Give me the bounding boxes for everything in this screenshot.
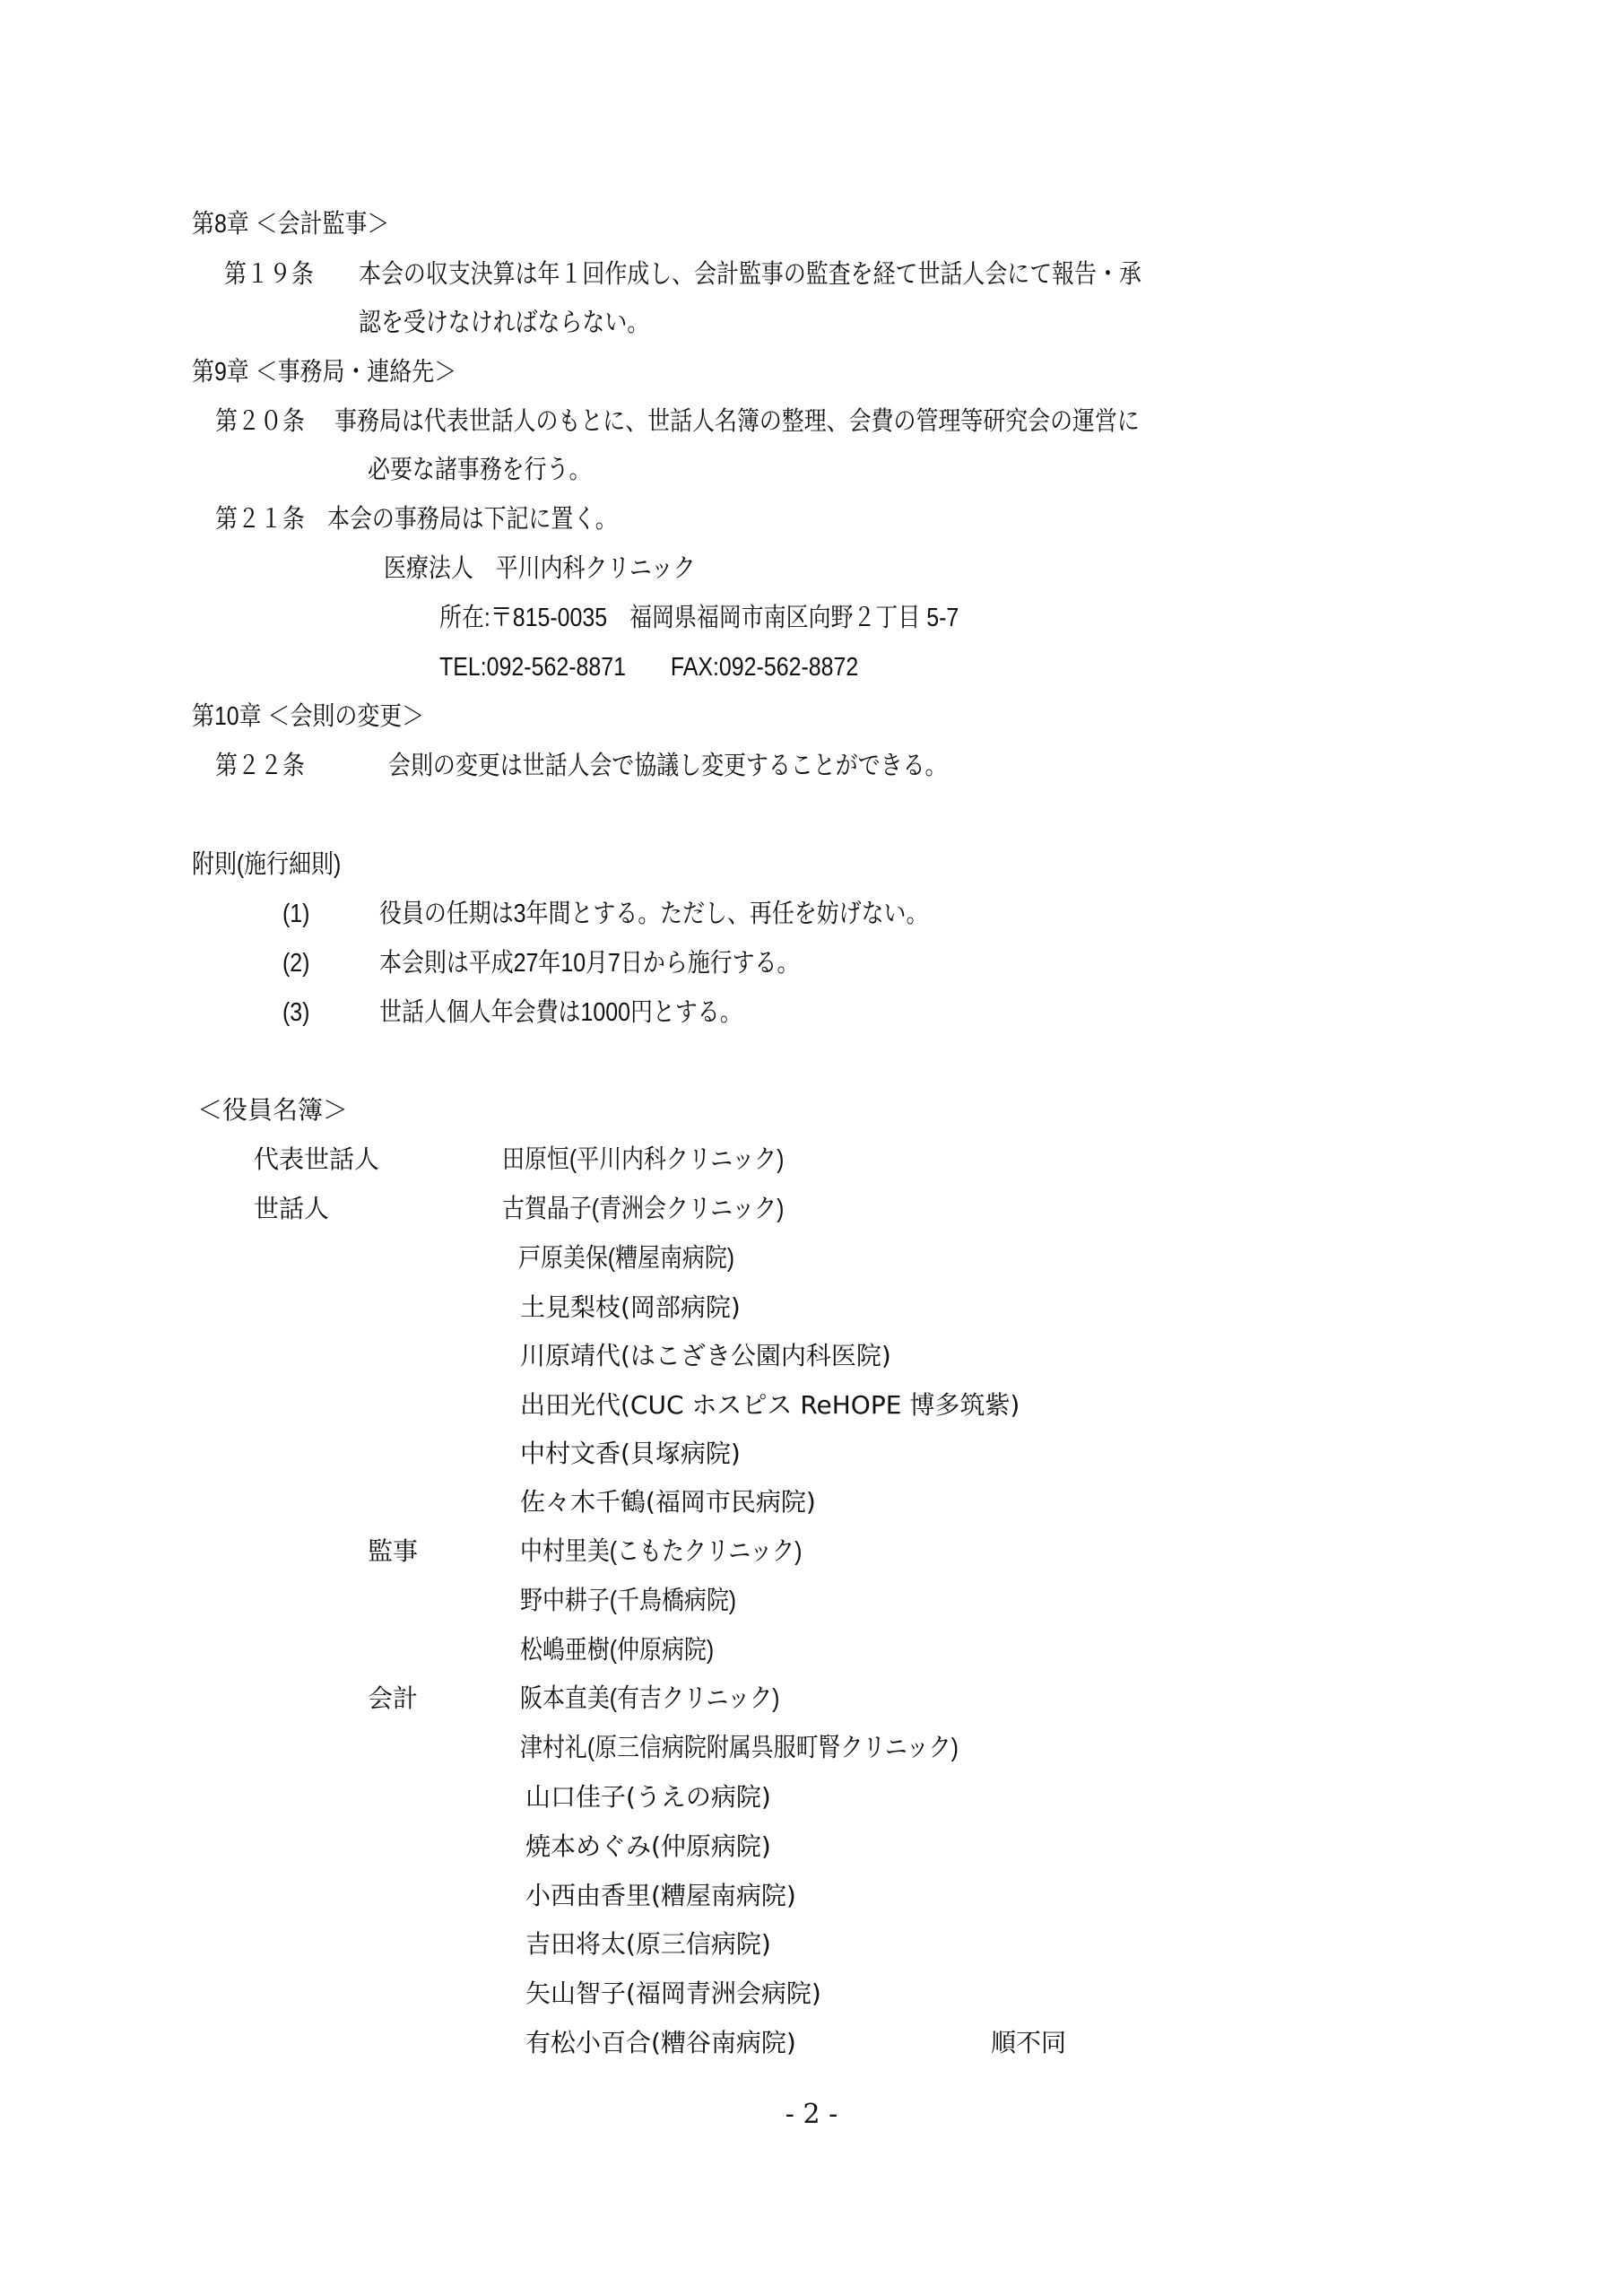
article-19-text-line1: 本会の収支決算は年１回作成し、会計監事の監査を経て世話人会にて報告・承 — [359, 258, 1141, 291]
roster-entry: 出田光代(CUC ホスピス ReHOPE 博多筑紫) — [520, 1389, 1020, 1422]
roster-entry: 吉田将太(原三信病院) — [525, 1928, 771, 1961]
roster-entry: 焼本めぐみ(仲原病院) — [525, 1831, 771, 1863]
chapter-9-heading: 第9章 ＜事務局・連絡先＞ — [192, 356, 456, 388]
roster-entry: 古賀晶子(青洲会クリニック) — [502, 1193, 784, 1225]
roster-entry: 阪本直美(有吉クリニック) — [520, 1683, 779, 1715]
office-name: 医療法人 平川内科クリニック — [384, 552, 696, 585]
article-21-label: 第２１条 — [215, 503, 305, 535]
roster-entry: 佐々木千鶴(福岡市民病院) — [520, 1486, 816, 1518]
roster-entry: 野中耕子(千鳥橋病院) — [520, 1585, 736, 1617]
article-20-text-line1: 事務局は代表世話人のもとに、世話人名簿の整理、会費の管理等研究会の運営に — [334, 405, 1140, 438]
chapter-8-heading: 第8章 ＜会計監事＞ — [192, 208, 389, 240]
roster-entry: 小西由香里(糟屋南病院) — [525, 1880, 796, 1912]
role-auditor: 監事 — [368, 1535, 418, 1568]
article-21-text: 本会の事務局は下記に置く。 — [327, 503, 618, 535]
supplementary-item-2-num: (2) — [282, 947, 309, 979]
roster-entry: 松嶋亜樹(仲原病院) — [520, 1634, 714, 1666]
roster-entry: 戸原美保(糟屋南病院) — [518, 1242, 734, 1274]
roster-entry: 有松小百合(糟谷南病院) — [525, 2027, 796, 2059]
office-phone-fax: TEL:092-562-8871 FAX:092-562-8872 — [439, 651, 858, 683]
supplementary-item-1-num: (1) — [282, 898, 309, 930]
page-number: - 2 - — [0, 2099, 1623, 2130]
article-20-label: 第２０条 — [215, 405, 305, 438]
role-accountant: 会計 — [368, 1683, 418, 1715]
article-20-text-line2: 必要な諸事務を行う。 — [368, 454, 591, 486]
role-caretaker: 世話人 — [254, 1193, 329, 1225]
supplementary-item-2-text: 本会則は平成27年10月7日から施行する。 — [379, 947, 799, 979]
supplementary-heading: 附則(施行細則) — [192, 848, 341, 881]
roster-entry: 川原靖代(はこざき公園内科医院) — [520, 1340, 891, 1372]
article-22-text: 会則の変更は世話人会で協議し変更することができる。 — [388, 750, 948, 782]
office-address: 所在:〒815-0035 福岡県福岡市南区向野２丁目 5-7 — [439, 602, 959, 634]
chapter-10-heading: 第10章 ＜会則の変更＞ — [192, 700, 424, 733]
roster-entry: 中村里美(こもたクリニック) — [520, 1535, 802, 1568]
document-page: 第8章 ＜会計監事＞ 第１９条 本会の収支決算は年１回作成し、会計監事の監査を経… — [0, 0, 1623, 2296]
roster-entry: 山口佳子(うえの病院) — [525, 1781, 771, 1813]
article-19-text-line2: 認を受けなければならない。 — [359, 307, 649, 339]
article-22-label: 第２２条 — [215, 750, 305, 782]
supplementary-item-1-text: 役員の任期は3年間とする。ただし、再任を妨げない。 — [379, 898, 928, 930]
roster-heading: ＜役員名簿＞ — [197, 1094, 348, 1126]
roster-entry: 津村礼(原三信病院附属呉服町腎クリニック) — [520, 1732, 959, 1764]
roster-order-note: 順不同 — [991, 2027, 1066, 2059]
roster-entry: 中村文香(貝塚病院) — [520, 1438, 741, 1470]
article-19-label: 第１９条 — [224, 258, 314, 291]
roster-entry: 矢山智子(福岡青洲会病院) — [525, 1978, 821, 2010]
roster-entry: 田原恒(平川内科クリニック) — [502, 1144, 784, 1176]
roster-entry: 土見梨枝(岡部病院) — [520, 1291, 741, 1324]
supplementary-item-3-text: 世話人個人年会費は1000円とする。 — [379, 996, 742, 1029]
supplementary-item-3-num: (3) — [282, 996, 309, 1029]
role-representative: 代表世話人 — [254, 1144, 379, 1176]
